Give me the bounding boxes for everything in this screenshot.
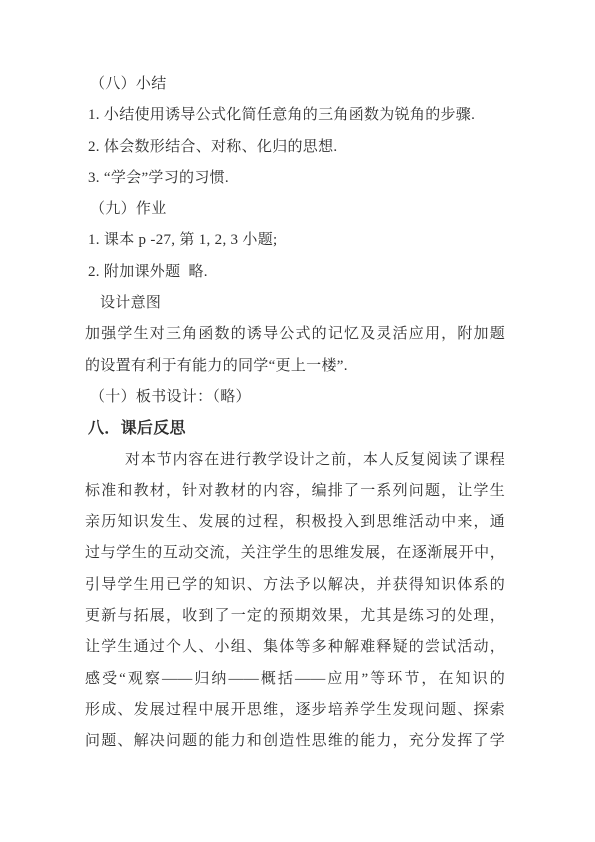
section-ix-heading: （九）作业: [85, 194, 505, 225]
reflection-heading: 八．课后反思: [85, 413, 505, 444]
document-page: （八）小结 1. 小结使用诱导公式化简任意角的三角函数为锐角的步骤. 2. 体会…: [0, 0, 595, 842]
reflection-line: 过与学生的互动交流，关注学生的思维发展，在逐渐展开中，: [85, 538, 505, 569]
reflection-line: 标准和教材，针对教材的内容，编排了一系列问题，让学生: [85, 476, 505, 507]
reflection-line: 形成、发展过程中展开思维，逐步培养学生发现问题、探索: [85, 695, 505, 726]
section-x-heading: （十）板书设计：（略）: [85, 382, 505, 413]
design-intent-line: 的设置有利于有能力的同学“更上一楼”.: [85, 351, 505, 382]
design-intent-line: 加强学生对三角函数的诱导公式的记忆及灵活应用，附加题: [85, 319, 505, 350]
reflection-line: 对本节内容在进行教学设计之前，本人反复阅读了课程: [85, 445, 505, 476]
summary-item-1: 1. 小结使用诱导公式化简任意角的三角函数为锐角的步骤.: [85, 100, 505, 131]
homework-item-2: 2. 附加课外题 略.: [85, 257, 505, 288]
homework-item-1: 1. 课本 p -27, 第 1, 2, 3 小题;: [85, 225, 505, 256]
summary-item-3: 3. “学会”学习的习惯.: [85, 163, 505, 194]
design-intent-heading: 设计意图: [85, 288, 505, 319]
summary-item-2: 2. 体会数形结合、对称、化归的思想.: [85, 132, 505, 163]
reflection-line: 更新与拓展，收到了一定的预期效果，尤其是练习的处理，: [85, 601, 505, 632]
reflection-line: 感受“观察——归纳——概括——应用”等环节，在知识的: [85, 664, 505, 695]
reflection-line: 让学生通过个人、小组、集体等多种解难释疑的尝试活动，: [85, 632, 505, 663]
reflection-line: 引导学生用已学的知识、方法予以解决，并获得知识体系的: [85, 570, 505, 601]
reflection-line: 亲历知识发生、发展的过程，积极投入到思维活动中来，通: [85, 507, 505, 538]
section-viii-heading: （八）小结: [85, 69, 505, 100]
reflection-line: 问题、解决问题的能力和创造性思维的能力，充分发挥了学: [85, 726, 505, 757]
